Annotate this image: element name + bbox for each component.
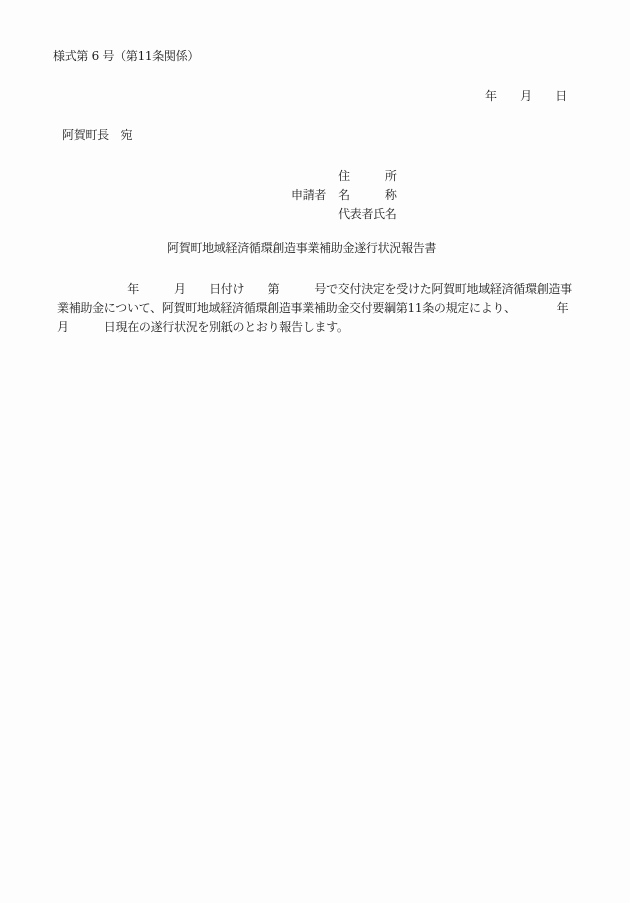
applicant-representative-label: 代表者氏名 xyxy=(338,205,397,224)
body-paragraph: 年 月 日付け 第 号で交付決定を受けた阿賀町地域経済循環創造事 業補助金につい… xyxy=(57,280,582,337)
body-line-1: 年 月 日付け 第 号で交付決定を受けた阿賀町地域経済循環創造事 xyxy=(57,280,582,299)
document-title: 阿賀町地域経済循環創造事業補助金遂行状況報告書 xyxy=(167,239,436,258)
applicant-label: 申請者 xyxy=(291,186,326,205)
report-form-page: 様式第 6 号（第11条関係） 年 月 日 阿賀町長 宛 申請者 住 所 名 称… xyxy=(0,0,630,903)
body-line-3: 月 日現在の遂行状況を別紙のとおり報告します。 xyxy=(57,318,582,337)
form-number: 様式第 6 号（第11条関係） xyxy=(53,47,199,66)
applicant-fields: 住 所 名 称 代表者氏名 xyxy=(338,167,397,224)
body-line-2: 業補助金について、阿賀町地域経済循環創造事業補助金交付要綱第11条の規定により、… xyxy=(57,299,582,318)
applicant-name-label: 名 称 xyxy=(338,186,397,205)
applicant-address-label: 住 所 xyxy=(338,167,397,186)
date-line: 年 月 日 xyxy=(485,87,567,106)
applicant-block: 申請者 住 所 名 称 代表者氏名 xyxy=(291,167,397,224)
addressee-line: 阿賀町長 宛 xyxy=(62,126,132,145)
